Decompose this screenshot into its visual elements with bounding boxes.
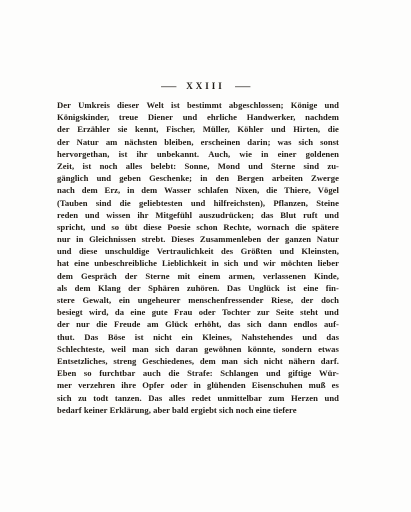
word: sich — [155, 344, 170, 354]
word: und — [183, 112, 198, 122]
word: möchten — [281, 258, 313, 268]
word: Sonne, — [185, 161, 210, 171]
word: diese — [79, 246, 97, 256]
word: Sterne — [145, 271, 169, 281]
word: muß — [309, 380, 326, 390]
text-line: Königskinder,treueDienerundehrlicheHandw… — [57, 112, 339, 124]
word: Sphären — [148, 283, 179, 293]
word: goldenen — [306, 149, 339, 159]
word: ehrliche — [207, 112, 237, 122]
word: Dieses — [171, 234, 194, 244]
word: alles — [126, 161, 142, 171]
word: ist — [83, 161, 92, 171]
word: Seite — [276, 307, 294, 317]
word: nächsten — [124, 137, 157, 147]
header-left-dash: — — [161, 82, 176, 93]
word: das — [261, 210, 274, 220]
word: Schlechteste, — [57, 344, 105, 354]
word: zu- — [327, 161, 339, 171]
word: nicht — [264, 356, 283, 366]
word: ein — [119, 295, 130, 305]
word: ist — [119, 149, 128, 159]
word: zu — [78, 393, 87, 403]
word: spätere — [312, 222, 339, 232]
word: und — [97, 173, 112, 183]
word: Müller, — [203, 124, 230, 134]
text-line: Entsetzliches,strengGeschiedenes,demmans… — [57, 356, 339, 368]
word: Unglück — [248, 283, 279, 293]
word: ganzen — [285, 234, 311, 244]
page-number: XXIII — [186, 81, 225, 91]
word: armen, — [229, 271, 255, 281]
word: Das — [227, 283, 241, 293]
word: alles — [169, 393, 185, 403]
word: sich — [299, 137, 314, 147]
word: daran — [176, 344, 198, 354]
page-header: —XXIII— — [0, 81, 411, 93]
word: nähern — [288, 356, 315, 366]
word: hat — [57, 258, 69, 268]
word: bestimmt — [187, 100, 222, 110]
word: der — [128, 283, 141, 293]
word: todt — [93, 393, 108, 403]
word: Wür- — [319, 368, 339, 378]
word: Geschenke; — [149, 173, 192, 183]
word: stere — [57, 295, 75, 305]
word: Geschiedenes, — [142, 356, 194, 366]
word: menschenfressender — [188, 295, 263, 305]
word: Köhler — [237, 124, 263, 134]
word: Das — [148, 393, 162, 403]
word: dem — [75, 283, 91, 293]
word: Gespräch — [81, 271, 117, 281]
word: gänglich — [57, 173, 88, 183]
word: Frau — [174, 307, 192, 317]
word: in — [76, 234, 83, 244]
text-line: nurinGleichnissenstrebt.DiesesZusammenle… — [57, 234, 339, 246]
word: Auch, — [208, 149, 230, 159]
word: einer — [278, 149, 297, 159]
word: dieser — [117, 100, 139, 110]
word: noch — [100, 161, 118, 171]
text-line: demGesprächderSternemiteinemarmen,verlas… — [57, 271, 339, 283]
word: sich — [224, 258, 239, 268]
word: sie — [118, 124, 128, 134]
text-line: besiegtwird,daeineguteFrauoderTochterzur… — [57, 307, 339, 319]
word: steht — [300, 307, 318, 317]
word: arbeiten — [272, 173, 303, 183]
text-line: merverzehrenihreOpferoderinglühendenEise… — [57, 380, 339, 392]
word: Zeit, — [57, 161, 74, 171]
word: Bergen — [237, 173, 264, 183]
word: Böse — [108, 332, 125, 342]
text-line: unddieseunschuldigeVertraulichkeitdesGrö… — [57, 246, 339, 258]
word: auszudrücken; — [199, 210, 254, 220]
text-line: Zeit,istnochallesbelebt:Sonne,MondundSte… — [57, 161, 339, 173]
header-right-dash: — — [235, 82, 250, 93]
word: reden — [57, 210, 78, 220]
word: wie — [239, 149, 252, 159]
word: hilfreichsten), — [214, 198, 265, 208]
word: ihr — [137, 210, 148, 220]
book-page-scan: —XXIII— DerUmkreisdieserWeltistbestimmta… — [0, 0, 411, 512]
word: und — [302, 332, 317, 342]
word: sich — [247, 319, 262, 329]
word: unbeschreibliche — [94, 258, 157, 268]
word: ein — [182, 332, 193, 342]
text-line: thut.DasBöseistnichteinKleines,Nahstehen… — [57, 332, 339, 344]
word: glühenden — [207, 380, 246, 390]
word: eine — [74, 258, 89, 268]
text-line: derErzählersiekennt,Fischer,Müller,Köhle… — [57, 124, 339, 136]
word: sonst — [320, 137, 339, 147]
word: der — [301, 295, 314, 305]
word: wissen — [106, 210, 130, 220]
word: man — [221, 356, 237, 366]
word: es — [332, 380, 339, 390]
text-line: hervorgethan,istihrunbekannt.Auch,wieine… — [57, 149, 339, 161]
word: Natur — [77, 137, 99, 147]
word: und — [324, 210, 339, 220]
word: der — [125, 271, 138, 281]
word: Zusammenleben — [200, 234, 261, 244]
word: der — [57, 137, 70, 147]
word: Zwerge — [311, 173, 339, 183]
word: als — [57, 283, 67, 293]
word: giftige — [288, 368, 311, 378]
word: in — [261, 149, 268, 159]
word: dem — [82, 185, 98, 195]
word: und — [266, 368, 281, 378]
word: Pflanzen, — [273, 198, 308, 208]
body-text-block: DerUmkreisdieserWeltistbestimmtabgeschlo… — [57, 100, 339, 417]
word: die — [295, 222, 306, 232]
word: erscheinen — [201, 137, 241, 147]
word: fin- — [326, 283, 339, 293]
word: Opfer — [142, 380, 164, 390]
word: nur — [76, 319, 90, 329]
word: gute — [152, 307, 168, 317]
word: der — [57, 319, 70, 329]
text-line: (Taubensinddiegeliebtestenundhilfreichst… — [57, 198, 339, 210]
word: sich — [244, 356, 259, 366]
word: der — [57, 124, 70, 134]
word: Erz, — [105, 185, 121, 195]
word: dem — [200, 356, 216, 366]
word: dem — [141, 185, 157, 195]
word: Das — [84, 332, 98, 342]
word: Herzen — [291, 393, 318, 403]
word: (Tauben — [57, 198, 88, 208]
word: Gleichnissen — [89, 234, 136, 244]
word: furchtbar — [99, 368, 135, 378]
word: übt — [125, 222, 138, 232]
text-line: EbensofurchtbarauchdieStrafe:Schlangenun… — [57, 368, 339, 380]
word: Lieblichkeit — [162, 258, 207, 268]
word: Eben — [57, 368, 76, 378]
word: in — [194, 380, 201, 390]
word: geliebtesten — [139, 198, 183, 208]
word: nur — [57, 234, 71, 244]
text-line: hateineunbeschreiblicheLieblichkeitinsic… — [57, 258, 339, 270]
word: Hirten, — [293, 124, 320, 134]
word: Strafe: — [187, 368, 213, 378]
text-line: bedarf keiner Erklärung, aber bald ergie… — [57, 405, 339, 417]
word: spricht, — [57, 222, 85, 232]
word: und — [244, 258, 259, 268]
word: Glück — [165, 319, 188, 329]
word: in — [200, 173, 207, 183]
word: man — [132, 344, 148, 354]
word: Der — [57, 100, 71, 110]
word: da — [115, 307, 124, 317]
word: so — [84, 368, 92, 378]
word: und — [279, 246, 294, 256]
word: in — [212, 258, 219, 268]
word: des — [221, 246, 233, 256]
word: etwas — [318, 344, 339, 354]
text-line: derNaturamnächstenbleiben,erscheinendari… — [57, 137, 339, 149]
word: doch — [321, 295, 339, 305]
word: wir — [263, 258, 276, 268]
text-line: alsdemKlangderSphärenzuhören.DasUnglücki… — [57, 283, 339, 295]
word: ruft — [303, 210, 318, 220]
word: mer — [57, 380, 72, 390]
text-line: stereGewalt,einungeheurermenschenfressen… — [57, 295, 339, 307]
word: die — [96, 319, 107, 329]
word: ihre — [121, 380, 136, 390]
word: darin; — [247, 137, 270, 147]
word: das — [228, 319, 241, 329]
word: treue — [119, 112, 138, 122]
word: Tochter — [222, 307, 251, 317]
word: könnte, — [248, 344, 276, 354]
word: sich — [57, 393, 72, 403]
word: mit — [178, 271, 191, 281]
word: Handwerker, — [247, 112, 296, 122]
word: Nixen, — [235, 185, 259, 195]
word: und — [271, 124, 286, 134]
word: auch — [143, 368, 161, 378]
word: dem — [57, 271, 73, 281]
word: ist — [135, 332, 144, 342]
word: nicht — [153, 332, 172, 342]
word: endlos — [294, 319, 318, 329]
word: und — [324, 100, 339, 110]
word: und — [324, 307, 339, 317]
word: der — [267, 234, 280, 244]
word: Eisenschuhen — [252, 380, 303, 390]
word: die — [120, 198, 131, 208]
word: was — [278, 137, 292, 147]
word: Blut — [280, 210, 296, 220]
word: strebt. — [142, 234, 166, 244]
word: und — [85, 210, 100, 220]
text-line: dernurdieFreudeamGlückerhöht,dassichdann… — [57, 319, 339, 331]
word: eine — [130, 307, 145, 317]
word: und — [57, 246, 72, 256]
word: Diener — [148, 112, 173, 122]
word: die — [168, 368, 179, 378]
word: diese — [143, 222, 161, 232]
text-line: nachdemErz,indemWasserschlafenNixen,dieT… — [57, 185, 339, 197]
word: besiegt — [57, 307, 83, 317]
word: Mitgefühl — [155, 210, 192, 220]
word: Kleines, — [202, 332, 232, 342]
word: Rechte, — [223, 222, 251, 232]
word: nach — [57, 185, 75, 195]
word: Vögel — [318, 185, 339, 195]
word: Umkreis — [78, 100, 110, 110]
word: eine — [303, 283, 318, 293]
word: dann — [268, 319, 287, 329]
word: Mond — [218, 161, 240, 171]
word: wird, — [89, 307, 109, 317]
word: redet — [192, 393, 211, 403]
word: das — [326, 332, 339, 342]
word: Erzähler — [77, 124, 110, 134]
word: Riese, — [271, 295, 293, 305]
word: die — [328, 124, 339, 134]
word: auf- — [324, 319, 339, 329]
word: wornach — [257, 222, 289, 232]
word: hervorgethan, — [57, 149, 109, 159]
word: Poesie — [167, 222, 190, 232]
word: gewöhnen — [204, 344, 241, 354]
text-line: gänglichundgebenGeschenke;indenBergenarb… — [57, 173, 339, 185]
word: Fischer, — [166, 124, 195, 134]
word: schlafen — [198, 185, 228, 195]
word: am — [106, 137, 118, 147]
word: sind — [304, 161, 320, 171]
text-line: sichzutodttanzen.Dasallesredetunmittelba… — [57, 393, 339, 405]
word: die — [266, 185, 277, 195]
word: unbekannt. — [157, 149, 199, 159]
word: nachdem — [305, 112, 339, 122]
text-line: DerUmkreisdieserWeltistbestimmtabgeschlo… — [57, 100, 339, 112]
word: ungeheurer — [138, 295, 181, 305]
word: Könige — [291, 100, 318, 110]
word: so — [111, 222, 119, 232]
word: den — [216, 173, 230, 183]
word: lieber — [318, 258, 339, 268]
word: Sterne — [271, 161, 295, 171]
word: belebt: — [151, 161, 177, 171]
word: Kinde, — [314, 271, 339, 281]
word: Welt — [146, 100, 163, 110]
word: thut. — [57, 332, 75, 342]
word: Entsetzliches, — [57, 356, 108, 366]
word: und — [191, 198, 206, 208]
word: geben — [119, 173, 141, 183]
word: Schlangen — [220, 368, 258, 378]
word: Kleinsten, — [301, 246, 339, 256]
word: zuhören. — [187, 283, 219, 293]
word: ihr — [137, 149, 148, 159]
word: und — [325, 393, 340, 403]
word: verzehren — [78, 380, 115, 390]
word: Königskinder, — [57, 112, 109, 122]
word: einem — [198, 271, 220, 281]
word: und — [248, 161, 263, 171]
word: oder — [199, 307, 216, 317]
word: in — [127, 185, 134, 195]
word: Vertraulichkeit — [157, 246, 214, 256]
word: schon — [196, 222, 217, 232]
word: weil — [111, 344, 126, 354]
word: streng — [113, 356, 136, 366]
word: zum — [269, 393, 285, 403]
word: unschuldige — [105, 246, 150, 256]
word: Wasser — [164, 185, 191, 195]
word: Nahstehendes — [242, 332, 293, 342]
word: tanzen. — [115, 393, 142, 403]
word: ist — [287, 283, 296, 293]
word: Größten — [241, 246, 272, 256]
word: oder — [171, 380, 188, 390]
word: sondern — [282, 344, 312, 354]
word: Steine — [316, 198, 339, 208]
word: sind — [96, 198, 112, 208]
word: ist — [171, 100, 180, 110]
word: Gewalt, — [82, 295, 111, 305]
word: Natur — [317, 234, 339, 244]
word: verlassenen — [263, 271, 306, 281]
word: Klang — [98, 283, 121, 293]
word: Thiere, — [284, 185, 311, 195]
word: kennt, — [135, 124, 158, 134]
word: unmittelbar — [217, 393, 261, 403]
word: darf. — [321, 356, 339, 366]
word: abgeschlossen; — [229, 100, 284, 110]
text-line: redenundwissenihrMitgefühlauszudrücken;d… — [57, 210, 339, 222]
word: erhöht, — [194, 319, 221, 329]
word: am — [147, 319, 159, 329]
word: Freude — [114, 319, 140, 329]
word: und — [91, 222, 106, 232]
text-line: spricht,undsoübtdiesePoesieschonRechte,w… — [57, 222, 339, 234]
word: zur — [257, 307, 270, 317]
text-line: Schlechteste,weilmansichdarangewöhnenkön… — [57, 344, 339, 356]
word: bleiben, — [164, 137, 193, 147]
